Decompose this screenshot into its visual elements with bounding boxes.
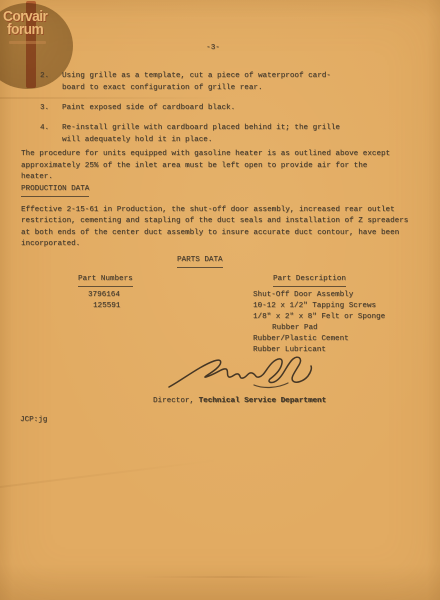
paper-crease [0,97,230,99]
watermark-brand-line1: Corvair [3,11,47,23]
list-item-text: Re-install grille with cardboard placed … [62,123,340,146]
watermark-brand-line2: forum [7,24,43,36]
part-number: 125591 [88,301,120,312]
list-item-number: 4. [40,123,62,146]
production-data-heading: PRODUCTION DATA [21,184,89,197]
part-descriptions-column: Shut-Off Door Assembly 10-12 x 1/2" Tapp… [253,290,385,356]
list-item-3: 3. Paint exposed side of cardboard black… [40,103,235,115]
part-description: 10-12 x 1/2" Tapping Screws [253,301,385,312]
page-number: -3- [0,43,426,55]
director-title: Director, [153,397,199,405]
part-numbers-column: 3796164 125591 [88,290,120,312]
part-description-header: Part Description [273,274,346,287]
list-item-text: Paint exposed side of cardboard black. [62,103,235,115]
production-data-heading-text: PRODUCTION DATA [21,184,89,197]
signature-icon [166,354,316,396]
part-number: 3796164 [88,290,120,301]
part-description: 1/8" x 2" x 8" Felt or Sponge [253,312,385,323]
heater-note-paragraph: The procedure for units equipped with ga… [21,149,390,184]
part-description: Shut-Off Door Assembly [253,290,385,301]
scanned-document-page: Corvair forum -3- 2. Using grille as a t… [0,0,440,600]
production-paragraph: Effective 2-15-61 in Production, the shu… [21,205,408,251]
part-description: Rubber Pad [253,323,385,334]
list-item-number: 3. [40,103,62,115]
list-item-text: Using grille as a template, cut a piece … [62,71,331,94]
part-numbers-header-text: Part Numbers [78,274,133,287]
paper-crease [140,576,320,578]
typist-initials: JCP:jg [20,415,47,427]
paper-crease [0,452,279,491]
parts-data-heading-text: PARTS DATA [177,255,223,268]
list-item-4: 4. Re-install grille with cardboard plac… [40,123,340,146]
director-department: Technical Service Department [199,397,327,405]
part-numbers-header: Part Numbers [78,274,133,287]
part-description: Rubber/Plastic Cement [253,334,385,345]
part-description-header-text: Part Description [273,274,346,287]
list-item-number: 2. [40,71,62,94]
list-item-2: 2. Using grille as a template, cut a pie… [40,71,331,94]
parts-data-heading: PARTS DATA [177,255,223,268]
director-line: Director, Technical Service Department [153,396,326,408]
